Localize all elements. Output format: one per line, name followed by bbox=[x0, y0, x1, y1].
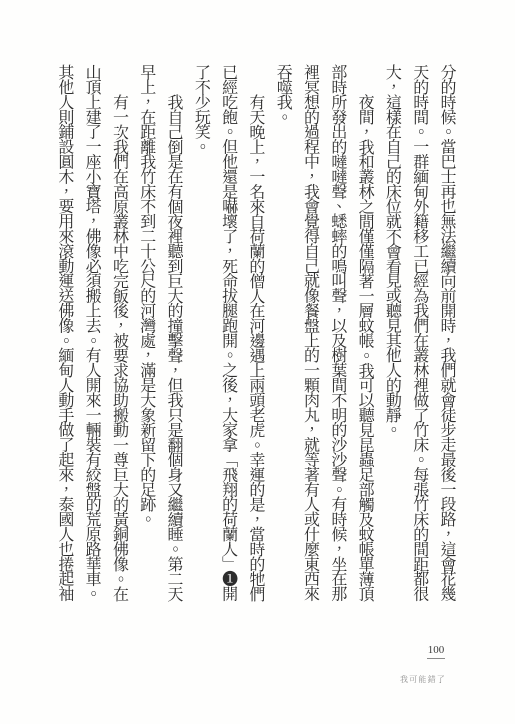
text-column: 已經吃飽。但他還是嚇壞了，死命拔腿跑開。之後，大家拿「飛翔的荷蘭人」❶開 bbox=[214, 64, 241, 612]
text-column: 大，這樣在自己的床位就不會看見或聽見其他人的動靜。 bbox=[378, 64, 405, 612]
text-column: 有一次我們在高原叢林中吃完飯後，被要求協助搬動一尊巨大的黃銅佛像。在 bbox=[105, 64, 132, 612]
text-column: 了不少玩笑。 bbox=[187, 64, 214, 612]
text-column: 我自己倒是在有個夜裡聽到巨大的撞擊聲，但我只是翻個身又繼續睡。第二天 bbox=[160, 64, 187, 612]
text-column: 其他人則鋪設圓木，要用來滾動運送佛像。緬甸人動手做了起來，泰國人也捲起袖 bbox=[51, 64, 78, 612]
text-column: 早上，在距離我竹床不到二十公尺的河灣處，滿是大象新留下的足跡。 bbox=[132, 64, 159, 612]
running-book-title: 我可能錯了 bbox=[400, 674, 446, 685]
text-column: 吞噬我。 bbox=[269, 64, 296, 612]
text-column: 裡冥想的過程中，我會覺得自己就像餐盤上的一顆肉丸，就等著有人或什麼東西來 bbox=[296, 64, 323, 612]
text-column: 夜間，我和叢林之間僅僅隔著一層蚊帳。我可以聽見昆蟲足部觸及蚊帳單薄頂 bbox=[351, 64, 378, 612]
vertical-text-block: 分的時候。當巴士再也無法繼續向前開時，我們就會徒步走最後一段路，這會花幾 天的時… bbox=[50, 64, 460, 612]
text-column: 山頂上建了一座小寶塔，佛像必須搬上去。有人開來一輛裝有絞盤的荒原路華車。 bbox=[78, 64, 105, 612]
text-column: 分的時候。當巴士再也無法繼續向前開時，我們就會徒步走最後一段路，這會花幾 bbox=[433, 64, 460, 612]
book-page: 分的時候。當巴士再也無法繼續向前開時，我們就會徒步走最後一段路，這會花幾 天的時… bbox=[0, 0, 515, 724]
text-column: 有天晚上，一名來自荷蘭的僧人在河邊遇上兩頭老虎。幸運的是，當時的牠們 bbox=[242, 64, 269, 612]
text-column: 部時所發出的噠噠聲、蟋蟀的鳴叫聲，以及樹葉間不明的沙沙聲。有時候，坐在那 bbox=[324, 64, 351, 612]
page-number: 100 bbox=[427, 645, 445, 659]
text-column: 天的時間。一群緬甸外籍移工已經為我們在叢林裡做了竹床。每張竹床的間距都很 bbox=[405, 64, 432, 612]
